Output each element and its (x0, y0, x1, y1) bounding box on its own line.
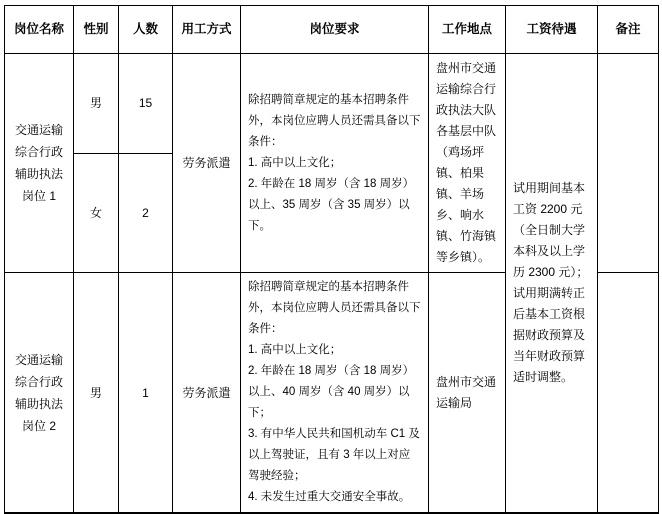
header-employment-type: 用工方式 (173, 6, 241, 54)
cell-salary-merged: 试用期间基本工资 2200 元（全日制大学本科及以上学历 2300 元）；试用期… (506, 54, 598, 514)
cell-position1-female-count: 2 (119, 153, 173, 272)
cell-position2-location: 盘州市交通运输局 (429, 273, 506, 514)
cell-position1-employment-type: 劳务派遣 (173, 54, 241, 273)
cell-position1-male-count: 15 (119, 54, 173, 154)
cell-position1-remark (598, 54, 659, 273)
header-count: 人数 (119, 6, 173, 54)
cell-position1-male-gender: 男 (74, 54, 119, 154)
header-gender: 性别 (74, 6, 119, 54)
header-requirements: 岗位要求 (241, 6, 429, 54)
header-position-name: 岗位名称 (5, 6, 74, 54)
header-row: 岗位名称 性别 人数 用工方式 岗位要求 工作地点 工资待遇 备注 (5, 6, 659, 54)
cell-position2-count: 1 (119, 273, 173, 514)
cell-position1-requirements: 除招聘简章规定的基本招聘条件外，本岗位应聘人员还需具备以下条件： 1. 高中以上… (241, 54, 429, 273)
cell-position2-name: 交通运输综合行政辅助执法岗位 2 (5, 273, 74, 514)
cell-position1-female-gender: 女 (74, 153, 119, 272)
cell-position2-employment-type: 劳务派遣 (173, 273, 241, 514)
table-row-position1-male: 交通运输综合行政辅助执法岗位 1 男 15 劳务派遣 除招聘简章规定的基本招聘条… (5, 54, 659, 154)
header-location: 工作地点 (429, 6, 506, 54)
cell-position1-name: 交通运输综合行政辅助执法岗位 1 (5, 54, 74, 273)
recruitment-positions-table: 岗位名称 性别 人数 用工方式 岗位要求 工作地点 工资待遇 备注 交通运输综合… (4, 5, 659, 514)
header-salary: 工资待遇 (506, 6, 598, 54)
cell-position2-remark (598, 273, 659, 514)
cell-position1-location: 盘州市交通运输综合行政执法大队各基层中队（鸡场坪镇、柏果镇、羊场乡、响水镇、竹海… (429, 54, 506, 273)
cell-position2-gender: 男 (74, 273, 119, 514)
header-remark: 备注 (598, 6, 659, 54)
cell-position2-requirements: 除招聘简章规定的基本招聘条件外，本岗位应聘人员还需具备以下条件： 1. 高中以上… (241, 273, 429, 514)
